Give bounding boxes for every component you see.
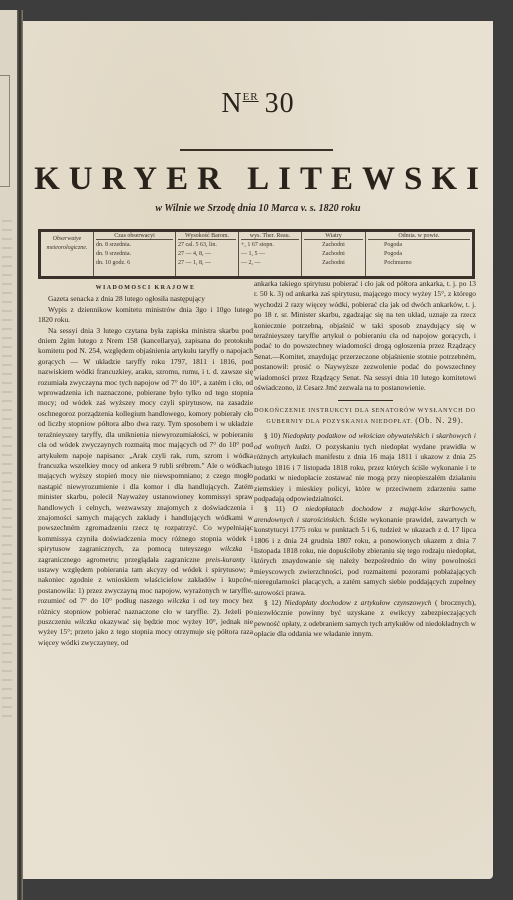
previous-page-table-fragment	[0, 75, 10, 187]
meteo-winds-header: Wiatry	[304, 233, 363, 240]
meteo-cell: +, 1 67 stopn.	[241, 241, 299, 250]
paragraph: Na sessyi dnia 3 lutego czytana była zap…	[38, 326, 253, 649]
paragraph: § 11) O niedopłatach dochodow z mająt-kó…	[254, 504, 476, 598]
previous-page-edge	[0, 10, 18, 900]
meteo-cell: — 2, —	[241, 259, 299, 268]
date-line: w Wilnie we Srzodę dnia 10 Marca v. s. 1…	[23, 203, 493, 214]
paragraph: § 10) Niedopłaty podatkow od włościan ob…	[254, 431, 476, 504]
meteo-cell: — 1, 5 —	[241, 250, 299, 259]
newspaper-title: KURYER LITEWSKI	[23, 161, 493, 198]
meteo-cell: Pogoda	[368, 241, 470, 250]
meteo-cell: Zachodni	[304, 241, 363, 250]
number-prefix: N	[221, 88, 242, 119]
section-title: WIADOMOSCI KRAJOWE	[38, 283, 253, 293]
paragraph: Gazeta senacka z dnia 28 lutego ogłosiła…	[38, 294, 253, 304]
meteo-cell: 27 — 1, 8, —	[178, 259, 236, 268]
meteo-cell: Zachodni	[304, 250, 363, 259]
meteorological-table: Obserwatye meteorologiczne. Czas obserwa…	[38, 229, 475, 279]
meteo-cell: dn. 10 godz. 6	[96, 259, 173, 268]
masthead-divider	[180, 149, 333, 151]
italic-text: wilczka	[167, 596, 189, 605]
number-value: 30	[265, 88, 295, 119]
meteo-time-column: Czas obserwacyi dn. 8 srzednia. dn. 9 sr…	[94, 232, 176, 276]
number-suffix: ER	[243, 91, 259, 103]
section-number: § 10)	[264, 431, 280, 440]
meteo-thermometer-column: wys. Ther. Reau. +, 1 67 stopn. — 1, 5 —…	[239, 232, 302, 276]
paragraph: Wypis z dziennikow komitetu ministrów dn…	[38, 305, 253, 326]
meteo-weather-column: Odmia. w powie. Pogoda Pogoda Pochmurno	[366, 232, 475, 276]
issue-number: NER30	[23, 88, 493, 120]
text: Na sessyi dnia 3 lutego czytana była zap…	[38, 326, 253, 554]
meteo-cell: Pogoda	[368, 250, 470, 259]
meteo-label: Obserwatye meteorologiczne.	[38, 232, 94, 276]
italic-text: wilczka	[220, 544, 242, 553]
meteo-time-header: Czas obserwacyi	[96, 233, 173, 240]
meteo-cell: 27 cal. 5 63, lin.	[178, 241, 236, 250]
paragraph: ankarka takiego spirytusu pobierać i cło…	[254, 279, 476, 393]
meteo-barometer-column: Wysokość Barom. 27 cal. 5 63, lin. 27 — …	[176, 232, 239, 276]
meteo-winds-column: Wiatry Zachodni Zachodni Zachodni	[302, 232, 366, 276]
meteo-cell: 27 — 4, 8, —	[178, 250, 236, 259]
subsection-reference: (Ob. N. 29).	[415, 416, 463, 425]
italic-text: preis-kuranty	[206, 555, 246, 564]
meteo-weather-header: Odmia. w powie.	[368, 233, 470, 240]
italic-text: wilczka	[74, 617, 96, 626]
left-column: WIADOMOSCI KRAJOWE Gazeta senacka z dnia…	[38, 279, 253, 648]
newspaper-page: NER30 KURYER LITEWSKI w Wilnie we Srzodę…	[23, 21, 493, 879]
italic-heading: Niedopłaty dochodow z artykułow czynszow…	[285, 598, 432, 607]
meteo-cell: dn. 8 srzednia.	[96, 241, 173, 250]
section-divider	[338, 400, 393, 401]
section-number: § 12)	[264, 598, 281, 607]
text: Ściśle wykonanie prawideł, zawartych w k…	[254, 515, 476, 597]
text: okazywać się będzie moc wyżey 10°, jedna…	[38, 617, 253, 647]
right-column: ankarka takiego spirytusu pobierać i cło…	[254, 279, 476, 640]
subsection-title: DOKOŃCZENIE INSTRUKCYI DLA SENATORÓW WYS…	[254, 406, 476, 427]
text: O pozyskaniu tych niedopłat wydane prawi…	[254, 442, 476, 503]
section-number: § 11)	[264, 504, 285, 513]
meteo-barometer-header: Wysokość Barom.	[178, 233, 236, 240]
meteo-cell: Zachodni	[304, 259, 363, 268]
previous-page-text-fragment	[2, 220, 12, 720]
meteo-cell: dn. 9 srzednia.	[96, 250, 173, 259]
meteo-cell: Pochmurno	[368, 259, 470, 268]
paragraph: § 12) Niedopłaty dochodow z artykułow cz…	[254, 598, 476, 640]
meteo-thermometer-header: wys. Ther. Reau.	[241, 233, 299, 240]
